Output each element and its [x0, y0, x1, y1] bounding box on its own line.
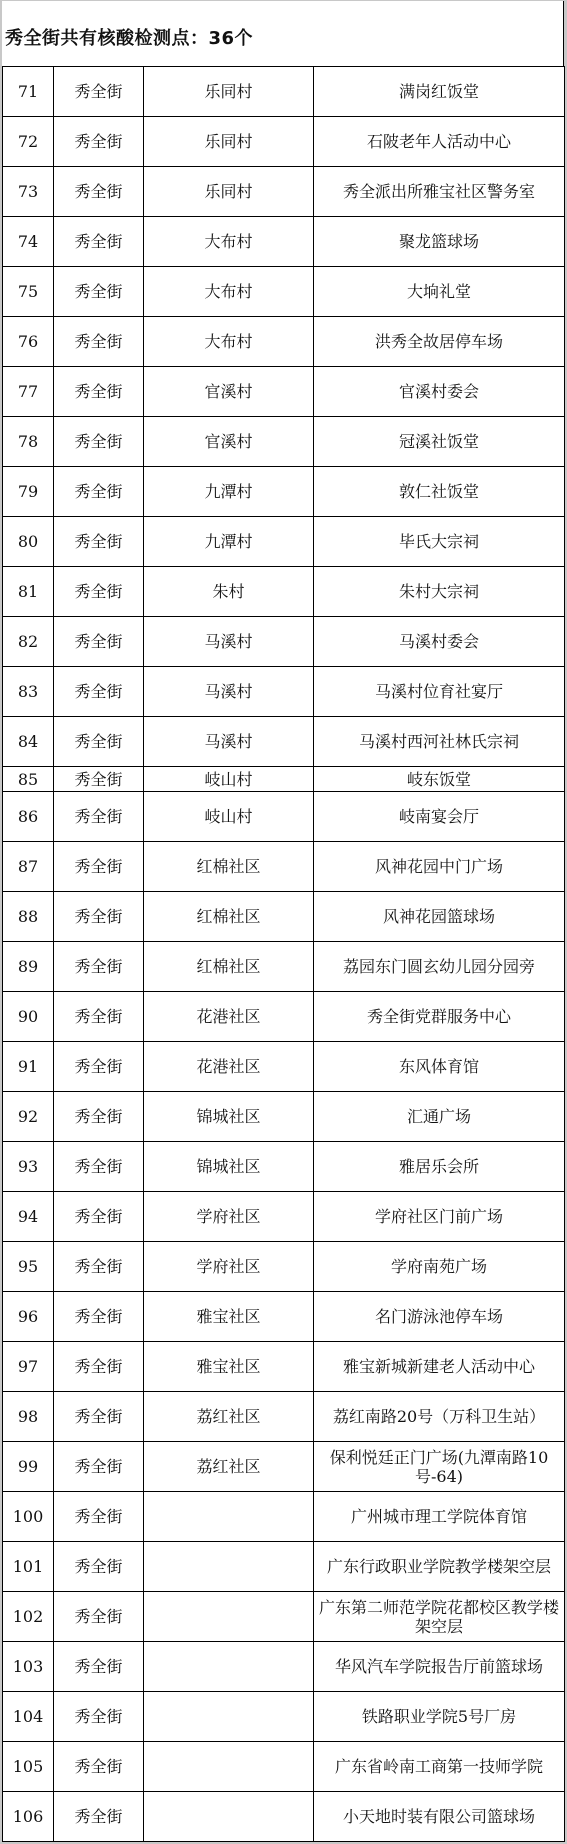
street-cell[interactable]: 秀全街	[54, 1692, 144, 1742]
village-cell[interactable]: 大布村	[144, 317, 314, 367]
row-number-cell[interactable]: 103	[3, 1642, 54, 1692]
row-number-cell[interactable]: 94	[3, 1192, 54, 1242]
row-number-cell[interactable]: 79	[3, 467, 54, 517]
site-cell[interactable]: 岐南宴会厅	[314, 792, 565, 842]
street-cell[interactable]: 秀全街	[54, 1442, 144, 1492]
table-row: 104秀全街铁路职业学院5号厂房	[3, 1692, 565, 1742]
page-title: 秀全街共有核酸检测点：36个	[5, 24, 253, 50]
street-cell[interactable]: 秀全街	[54, 67, 144, 117]
site-cell[interactable]: 荔红南路20号（万科卫生站）	[314, 1392, 565, 1442]
village-cell[interactable]: 荔红社区	[144, 1442, 314, 1492]
site-cell[interactable]: 名门游泳池停车场	[314, 1292, 565, 1342]
row-number-cell[interactable]: 91	[3, 1042, 54, 1092]
site-cell[interactable]: 雅宝新城新建老人活动中心	[314, 1342, 565, 1392]
table-row: 71秀全街乐同村满岗红饭堂	[3, 67, 565, 117]
site-cell[interactable]: 冠溪社饭堂	[314, 417, 565, 467]
row-number-cell[interactable]: 99	[3, 1442, 54, 1492]
street-cell[interactable]: 秀全街	[54, 892, 144, 942]
street-cell[interactable]: 秀全街	[54, 1342, 144, 1392]
street-cell[interactable]: 秀全街	[54, 1092, 144, 1142]
row-number-cell[interactable]: 84	[3, 717, 54, 767]
village-cell[interactable]: 荔红社区	[144, 1392, 314, 1442]
street-cell[interactable]: 秀全街	[54, 992, 144, 1042]
street-cell[interactable]: 秀全街	[54, 1192, 144, 1242]
table-row: 94秀全街学府社区学府社区门前广场	[3, 1192, 565, 1242]
site-cell[interactable]: 广东省岭南工商第一技师学院	[314, 1742, 565, 1792]
table-row: 78秀全街官溪村冠溪社饭堂	[3, 417, 565, 467]
village-cell[interactable]: 岐山村	[144, 767, 314, 792]
row-number-cell[interactable]: 102	[3, 1592, 54, 1642]
street-cell[interactable]: 秀全街	[54, 1492, 144, 1542]
row-number-cell[interactable]: 80	[3, 517, 54, 567]
village-cell[interactable]: 九潭村	[144, 467, 314, 517]
village-cell[interactable]: 雅宝社区	[144, 1292, 314, 1342]
village-cell[interactable]	[144, 1592, 314, 1642]
row-number-cell[interactable]: 97	[3, 1342, 54, 1392]
row-number-cell[interactable]: 85	[3, 767, 54, 792]
site-cell[interactable]: 荔园东门圆玄幼儿园分园旁	[314, 942, 565, 992]
row-number-cell[interactable]: 106	[3, 1792, 54, 1842]
street-cell[interactable]: 秀全街	[54, 467, 144, 517]
site-cell[interactable]: 毕氏大宗祠	[314, 517, 565, 567]
row-number-cell[interactable]: 86	[3, 792, 54, 842]
row-number-cell[interactable]: 104	[3, 1692, 54, 1742]
row-number-cell[interactable]: 96	[3, 1292, 54, 1342]
row-number-cell[interactable]: 90	[3, 992, 54, 1042]
village-cell[interactable]: 九潭村	[144, 517, 314, 567]
village-cell[interactable]: 学府社区	[144, 1192, 314, 1242]
row-number-cell[interactable]: 78	[3, 417, 54, 467]
street-cell[interactable]: 秀全街	[54, 617, 144, 667]
village-cell[interactable]: 花港社区	[144, 992, 314, 1042]
spreadsheet-sheet: 秀全街共有核酸检测点：36个 71秀全街乐同村满岗红饭堂72秀全街乐同村石陂老年…	[2, 1, 564, 1842]
table-row: 102秀全街广东第二师范学院花都校区教学楼架空层	[3, 1592, 565, 1642]
site-cell[interactable]: 岐东饭堂	[314, 767, 565, 792]
village-cell[interactable]: 乐同村	[144, 67, 314, 117]
village-cell[interactable]: 锦城社区	[144, 1092, 314, 1142]
street-cell[interactable]: 秀全街	[54, 367, 144, 417]
table-row: 80秀全街九潭村毕氏大宗祠	[3, 517, 565, 567]
street-cell[interactable]: 秀全街	[54, 1292, 144, 1342]
street-cell[interactable]: 秀全街	[54, 1642, 144, 1692]
table-row: 84秀全街马溪村马溪村西河社林氏宗祠	[3, 717, 565, 767]
table-row: 83秀全街马溪村马溪村位育社宴厅	[3, 667, 565, 717]
table-row: 81秀全街朱村朱村大宗祠	[3, 567, 565, 617]
table-row: 85秀全街岐山村岐东饭堂	[3, 767, 565, 792]
table-row: 99秀全街荔红社区保利悦廷正门广场(九潭南路10号-64)	[3, 1442, 565, 1492]
row-number-cell[interactable]: 95	[3, 1242, 54, 1292]
title-row: 秀全街共有核酸检测点：36个	[2, 1, 564, 66]
site-cell[interactable]: 聚龙篮球场	[314, 217, 565, 267]
street-cell[interactable]: 秀全街	[54, 1242, 144, 1292]
village-cell[interactable]: 红棉社区	[144, 942, 314, 992]
table-row: 73秀全街乐同村秀全派出所雅宝社区警务室	[3, 167, 565, 217]
table-row: 74秀全街大布村聚龙篮球场	[3, 217, 565, 267]
row-number-cell[interactable]: 76	[3, 317, 54, 367]
village-cell[interactable]: 大布村	[144, 267, 314, 317]
site-cell[interactable]: 朱村大宗祠	[314, 567, 565, 617]
table-body: 71秀全街乐同村满岗红饭堂72秀全街乐同村石陂老年人活动中心73秀全街乐同村秀全…	[3, 67, 565, 1842]
site-cell[interactable]: 东风体育馆	[314, 1042, 565, 1092]
site-cell[interactable]: 满岗红饭堂	[314, 67, 565, 117]
row-number-cell[interactable]: 71	[3, 67, 54, 117]
table-row: 86秀全街岐山村岐南宴会厅	[3, 792, 565, 842]
site-cell[interactable]: 小天地时装有限公司篮球场	[314, 1792, 565, 1842]
village-cell[interactable]: 大布村	[144, 217, 314, 267]
street-cell[interactable]: 秀全街	[54, 667, 144, 717]
street-cell[interactable]: 秀全街	[54, 167, 144, 217]
table-row: 101秀全街广东行政职业学院教学楼架空层	[3, 1542, 565, 1592]
site-cell[interactable]: 马溪村位育社宴厅	[314, 667, 565, 717]
row-number-cell[interactable]: 98	[3, 1392, 54, 1442]
village-cell[interactable]: 雅宝社区	[144, 1342, 314, 1392]
site-cell[interactable]: 大垧礼堂	[314, 267, 565, 317]
village-cell[interactable]	[144, 1742, 314, 1792]
table-row: 105秀全街广东省岭南工商第一技师学院	[3, 1742, 565, 1792]
table-row: 93秀全街锦城社区雅居乐会所	[3, 1142, 565, 1192]
table-row: 76秀全街大布村洪秀全故居停车场	[3, 317, 565, 367]
table-row: 91秀全街花港社区东风体育馆	[3, 1042, 565, 1092]
street-cell[interactable]: 秀全街	[54, 567, 144, 617]
village-cell[interactable]: 官溪村	[144, 367, 314, 417]
street-cell[interactable]: 秀全街	[54, 1742, 144, 1792]
site-cell[interactable]: 广东行政职业学院教学楼架空层	[314, 1542, 565, 1592]
village-cell[interactable]: 红棉社区	[144, 842, 314, 892]
table-row: 77秀全街官溪村官溪村委会	[3, 367, 565, 417]
village-cell[interactable]: 乐同村	[144, 117, 314, 167]
table-row: 75秀全街大布村大垧礼堂	[3, 267, 565, 317]
row-number-cell[interactable]: 92	[3, 1092, 54, 1142]
street-cell[interactable]: 秀全街	[54, 1042, 144, 1092]
table-row: 97秀全街雅宝社区雅宝新城新建老人活动中心	[3, 1342, 565, 1392]
row-number-cell[interactable]: 100	[3, 1492, 54, 1542]
street-cell[interactable]: 秀全街	[54, 942, 144, 992]
table-row: 92秀全街锦城社区汇通广场	[3, 1092, 565, 1142]
site-cell[interactable]: 秀全派出所雅宝社区警务室	[314, 167, 565, 217]
village-cell[interactable]: 锦城社区	[144, 1142, 314, 1192]
table-row: 100秀全街广州城市理工学院体育馆	[3, 1492, 565, 1542]
village-cell[interactable]: 马溪村	[144, 717, 314, 767]
row-number-cell[interactable]: 82	[3, 617, 54, 667]
table-row: 96秀全街雅宝社区名门游泳池停车场	[3, 1292, 565, 1342]
street-cell[interactable]: 秀全街	[54, 842, 144, 892]
street-cell[interactable]: 秀全街	[54, 417, 144, 467]
street-cell[interactable]: 秀全街	[54, 767, 144, 792]
site-cell[interactable]: 铁路职业学院5号厂房	[314, 1692, 565, 1742]
site-cell[interactable]: 华风汽车学院报告厅前篮球场	[314, 1642, 565, 1692]
street-cell[interactable]: 秀全街	[54, 1542, 144, 1592]
site-cell[interactable]: 广东第二师范学院花都校区教学楼架空层	[314, 1592, 565, 1642]
row-number-cell[interactable]: 83	[3, 667, 54, 717]
village-cell[interactable]: 花港社区	[144, 1042, 314, 1092]
table-row: 90秀全街花港社区秀全街党群服务中心	[3, 992, 565, 1042]
village-cell[interactable]	[144, 1792, 314, 1842]
site-cell[interactable]: 秀全街党群服务中心	[314, 992, 565, 1042]
testing-sites-table: 71秀全街乐同村满岗红饭堂72秀全街乐同村石陂老年人活动中心73秀全街乐同村秀全…	[2, 66, 565, 1842]
village-cell[interactable]: 朱村	[144, 567, 314, 617]
row-number-cell[interactable]: 73	[3, 167, 54, 217]
row-number-cell[interactable]: 72	[3, 117, 54, 167]
village-cell[interactable]	[144, 1642, 314, 1692]
street-cell[interactable]: 秀全街	[54, 717, 144, 767]
site-cell[interactable]: 广州城市理工学院体育馆	[314, 1492, 565, 1542]
row-number-cell[interactable]: 75	[3, 267, 54, 317]
site-cell[interactable]: 风神花园中门广场	[314, 842, 565, 892]
street-cell[interactable]: 秀全街	[54, 1592, 144, 1642]
row-number-cell[interactable]: 101	[3, 1542, 54, 1592]
street-cell[interactable]: 秀全街	[54, 792, 144, 842]
table-row: 87秀全街红棉社区风神花园中门广场	[3, 842, 565, 892]
site-cell[interactable]: 马溪村委会	[314, 617, 565, 667]
row-number-cell[interactable]: 77	[3, 367, 54, 417]
row-number-cell[interactable]: 87	[3, 842, 54, 892]
street-cell[interactable]: 秀全街	[54, 267, 144, 317]
site-cell[interactable]: 洪秀全故居停车场	[314, 317, 565, 367]
village-cell[interactable]	[144, 1492, 314, 1542]
village-cell[interactable]: 乐同村	[144, 167, 314, 217]
village-cell[interactable]: 岐山村	[144, 792, 314, 842]
site-cell[interactable]: 风神花园篮球场	[314, 892, 565, 942]
village-cell[interactable]	[144, 1542, 314, 1592]
site-cell[interactable]: 马溪村西河社林氏宗祠	[314, 717, 565, 767]
table-row: 95秀全街学府社区学府南苑广场	[3, 1242, 565, 1292]
table-row: 98秀全街荔红社区荔红南路20号（万科卫生站）	[3, 1392, 565, 1442]
site-cell[interactable]: 石陂老年人活动中心	[314, 117, 565, 167]
street-cell[interactable]: 秀全街	[54, 217, 144, 267]
table-row: 82秀全街马溪村马溪村委会	[3, 617, 565, 667]
village-cell[interactable]: 红棉社区	[144, 892, 314, 942]
street-cell[interactable]: 秀全街	[54, 1792, 144, 1842]
village-cell[interactable]: 官溪村	[144, 417, 314, 467]
row-number-cell[interactable]: 88	[3, 892, 54, 942]
street-cell[interactable]: 秀全街	[54, 117, 144, 167]
street-cell[interactable]: 秀全街	[54, 1392, 144, 1442]
table-row: 88秀全街红棉社区风神花园篮球场	[3, 892, 565, 942]
table-row: 79秀全街九潭村敦仁社饭堂	[3, 467, 565, 517]
table-row: 89秀全街红棉社区荔园东门圆玄幼儿园分园旁	[3, 942, 565, 992]
street-cell[interactable]: 秀全街	[54, 517, 144, 567]
site-cell[interactable]: 学府南苑广场	[314, 1242, 565, 1292]
row-number-cell[interactable]: 74	[3, 217, 54, 267]
site-cell[interactable]: 官溪村委会	[314, 367, 565, 417]
row-number-cell[interactable]: 105	[3, 1742, 54, 1792]
village-cell[interactable]: 学府社区	[144, 1242, 314, 1292]
village-cell[interactable]	[144, 1692, 314, 1742]
site-cell[interactable]: 敦仁社饭堂	[314, 467, 565, 517]
village-cell[interactable]: 马溪村	[144, 617, 314, 667]
street-cell[interactable]: 秀全街	[54, 1142, 144, 1192]
table-row: 106秀全街小天地时装有限公司篮球场	[3, 1792, 565, 1842]
site-cell[interactable]: 学府社区门前广场	[314, 1192, 565, 1242]
site-cell[interactable]: 保利悦廷正门广场(九潭南路10号-64)	[314, 1442, 565, 1492]
table-row: 103秀全街华风汽车学院报告厅前篮球场	[3, 1642, 565, 1692]
site-cell[interactable]: 雅居乐会所	[314, 1142, 565, 1192]
street-cell[interactable]: 秀全街	[54, 317, 144, 367]
site-cell[interactable]: 汇通广场	[314, 1092, 565, 1142]
row-number-cell[interactable]: 81	[3, 567, 54, 617]
row-number-cell[interactable]: 89	[3, 942, 54, 992]
table-row: 72秀全街乐同村石陂老年人活动中心	[3, 117, 565, 167]
row-number-cell[interactable]: 93	[3, 1142, 54, 1192]
village-cell[interactable]: 马溪村	[144, 667, 314, 717]
